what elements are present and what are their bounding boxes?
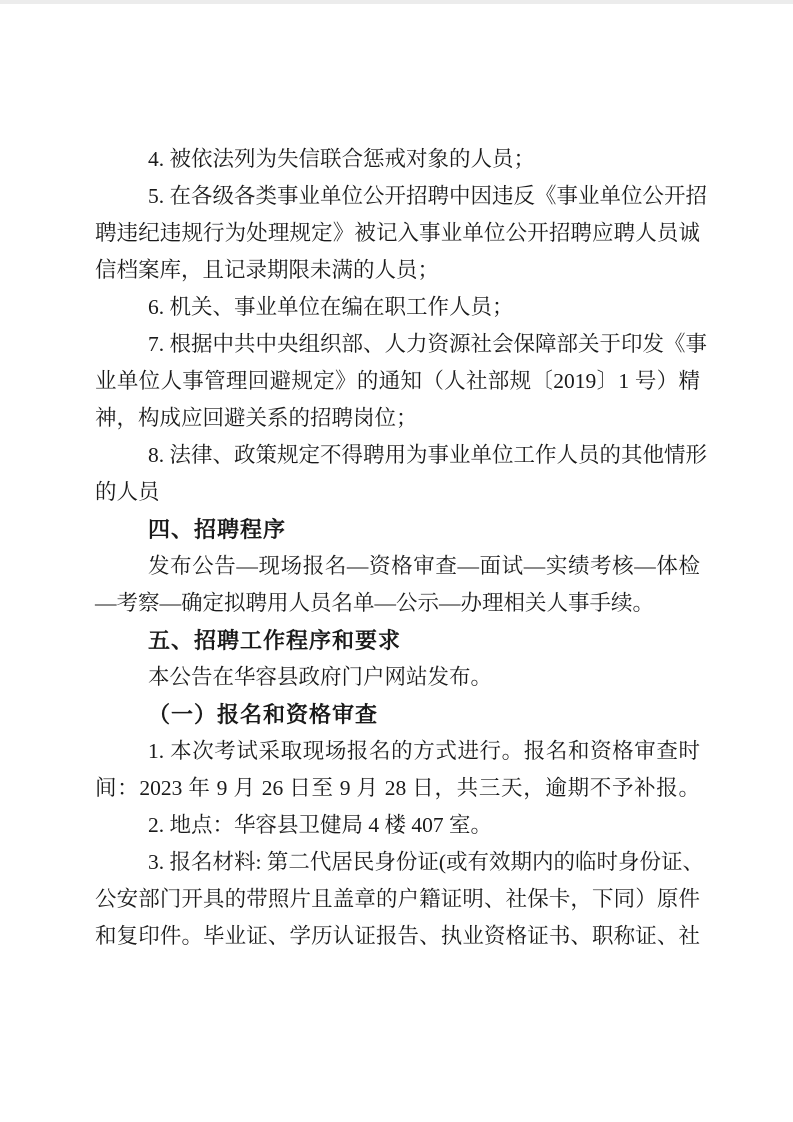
body-line: —考察—确定拟聘用人员名单—公示—办理相关人事手续。	[95, 585, 700, 622]
body-line: 1. 本次考试采取现场报名的方式进行。报名和资格审查时	[95, 733, 700, 770]
body-line: 3. 报名材料: 第二代居民身份证(或有效期内的临时身份证、	[95, 844, 700, 881]
subsection-heading-1: （一）报名和资格审查	[95, 696, 700, 733]
body-line: 公安部门开具的带照片且盖章的户籍证明、社保卡，下同）原件	[95, 881, 700, 918]
body-line: 7. 根据中共中央组织部、人力资源社会保障部关于印发《事	[95, 326, 700, 363]
body-line: 的人员	[95, 474, 700, 511]
body-line: 发布公告—现场报名—资格审查—面试—实绩考核—体检	[95, 548, 700, 585]
body-line: 信档案库，且记录期限未满的人员；	[95, 252, 700, 289]
section-heading-4: 四、招聘程序	[95, 511, 700, 548]
section-heading-5: 五、招聘工作程序和要求	[95, 622, 700, 659]
page-top-edge	[0, 0, 793, 4]
body-line: 本公告在华容县政府门户网站发布。	[95, 659, 700, 696]
body-line: 间：2023 年 9 月 26 日至 9 月 28 日，共三天，逾期不予补报。	[95, 770, 700, 807]
body-line: 和复印件。毕业证、学历认证报告、执业资格证书、职称证、社	[95, 918, 700, 955]
document-page: 4. 被依法列为失信联合惩戒对象的人员； 5. 在各级各类事业单位公开招聘中因违…	[0, 0, 793, 1122]
body-line: 神，构成应回避关系的招聘岗位；	[95, 400, 700, 437]
body-line: 5. 在各级各类事业单位公开招聘中因违反《事业单位公开招	[95, 178, 700, 215]
body-line: 聘违纪违规行为处理规定》被记入事业单位公开招聘应聘人员诚	[95, 215, 700, 252]
body-line: 8. 法律、政策规定不得聘用为事业单位工作人员的其他情形	[95, 437, 700, 474]
body-line: 2. 地点：华容县卫健局 4 楼 407 室。	[95, 807, 700, 844]
body-line: 6. 机关、事业单位在编在职工作人员；	[95, 289, 700, 326]
body-line: 4. 被依法列为失信联合惩戒对象的人员；	[95, 141, 700, 178]
body-line: 业单位人事管理回避规定》的通知（人社部规〔2019〕1 号）精	[95, 363, 700, 400]
